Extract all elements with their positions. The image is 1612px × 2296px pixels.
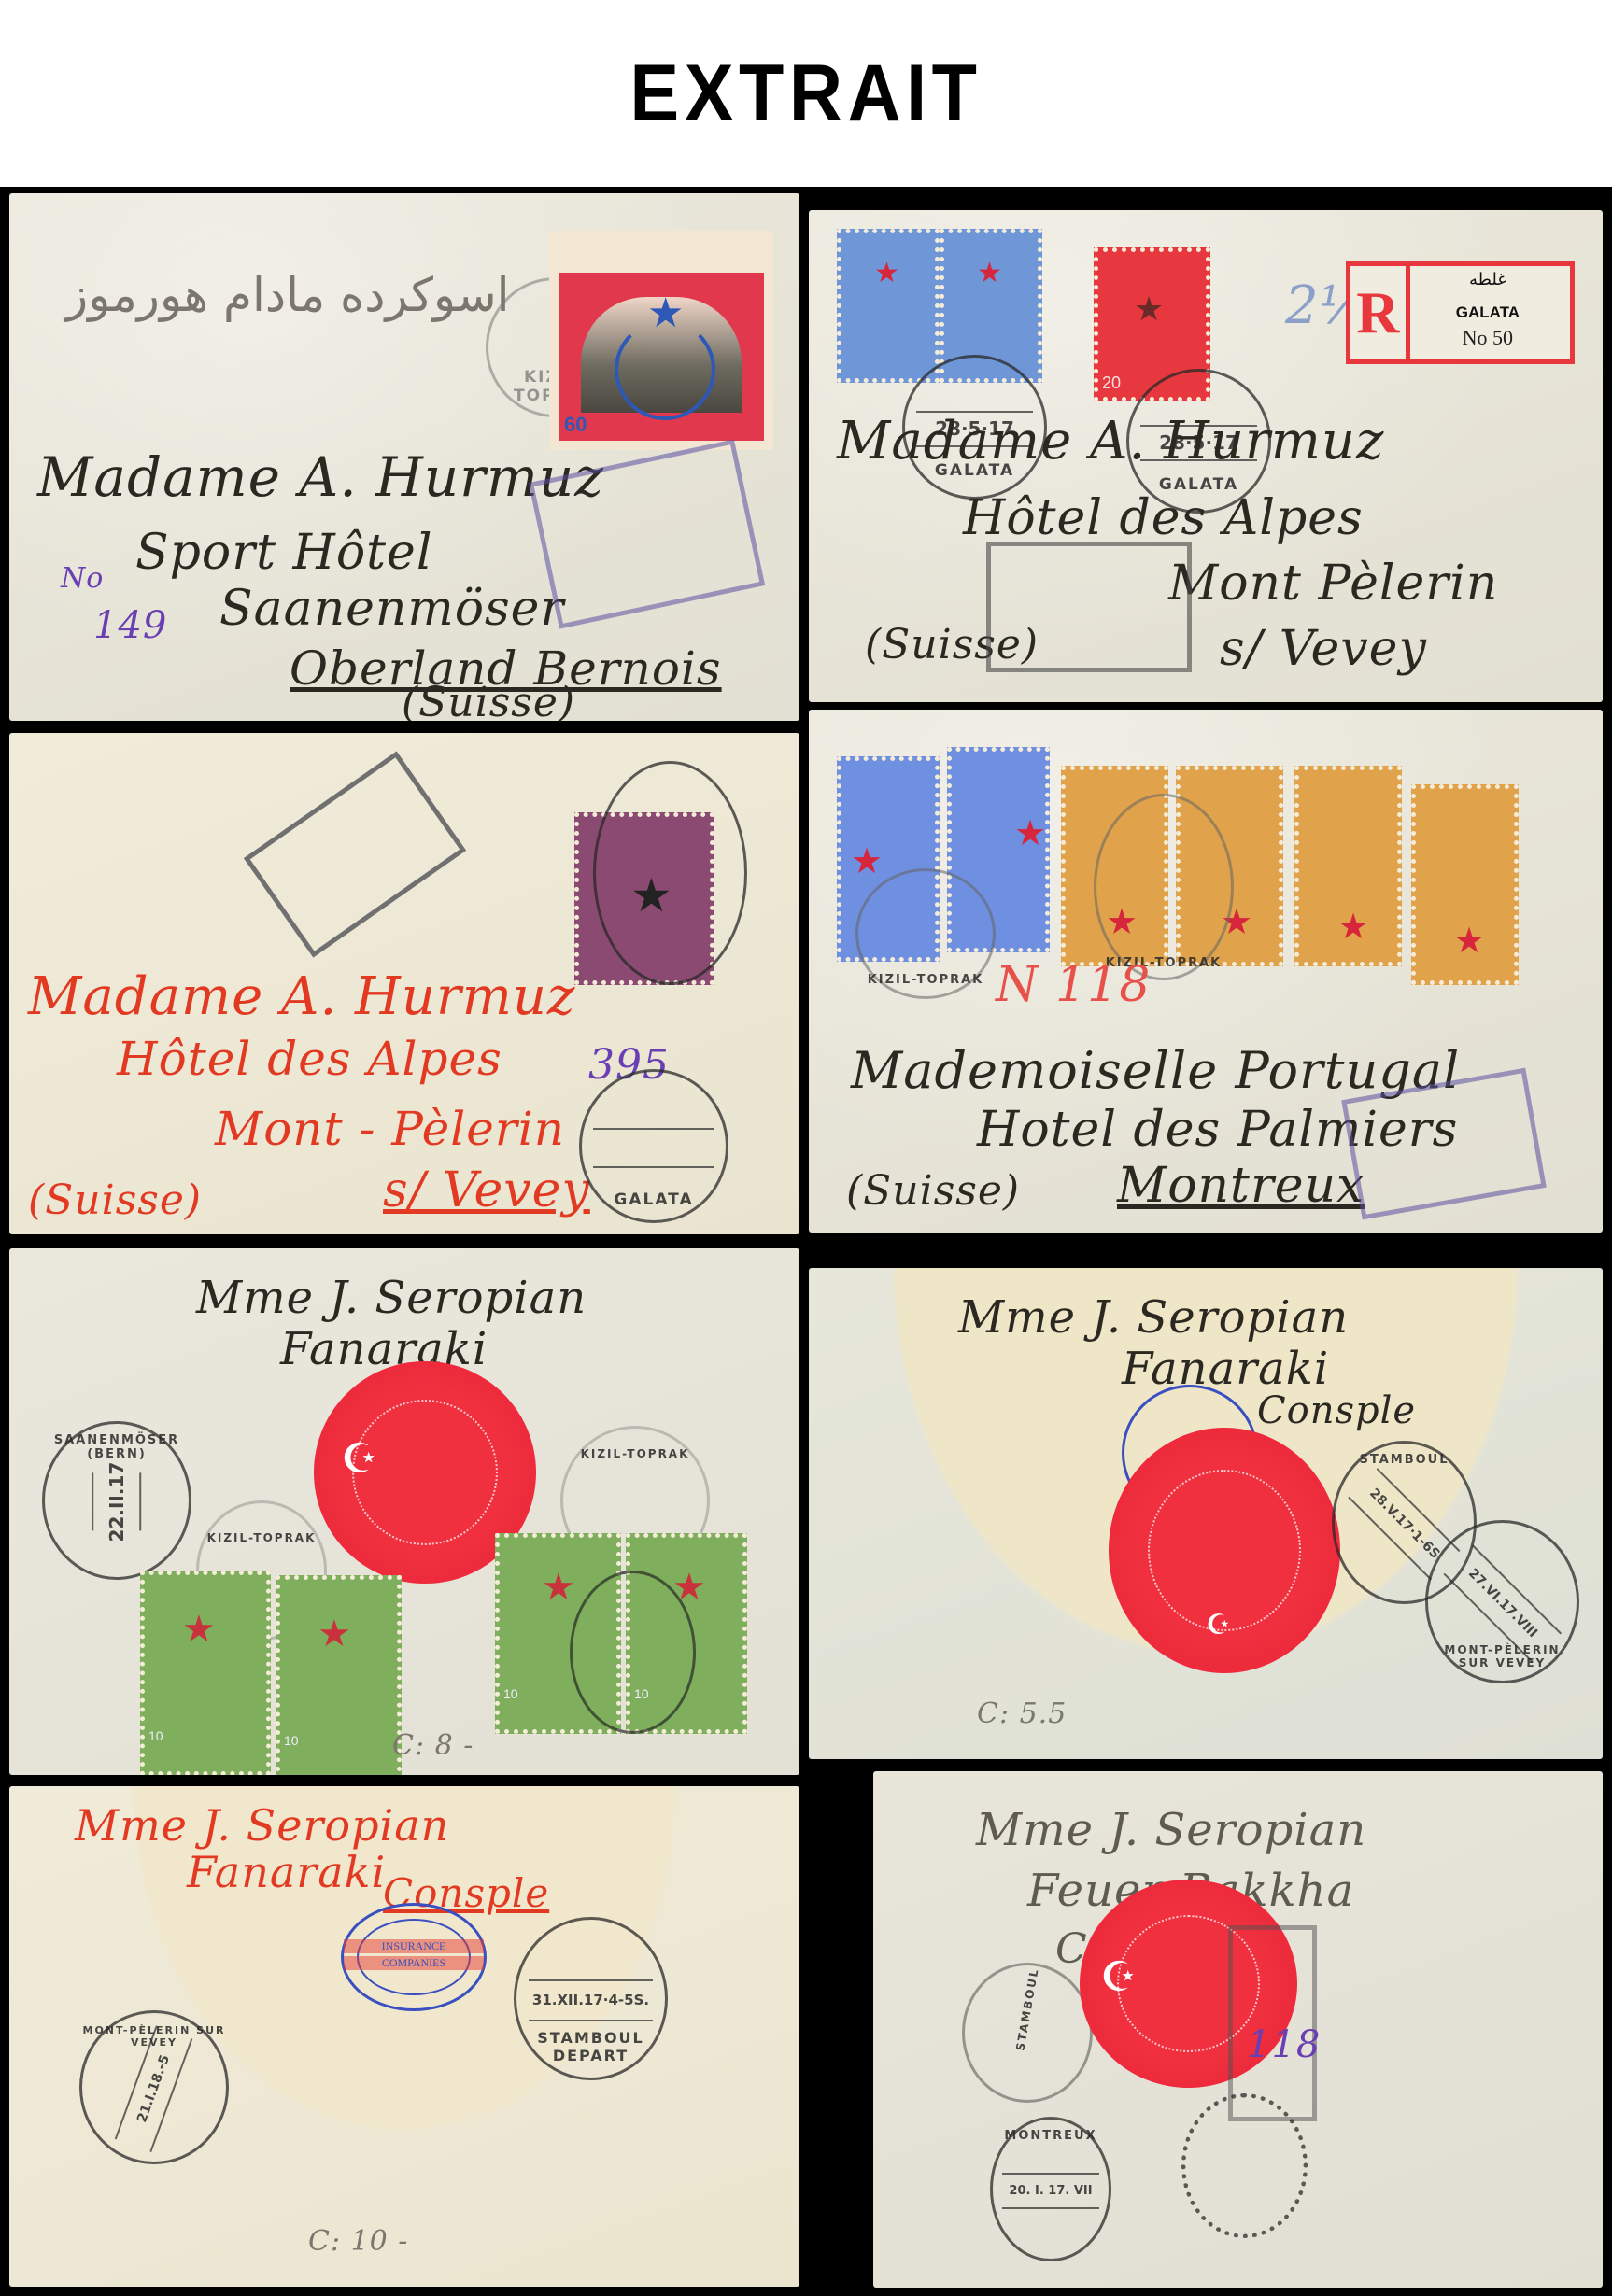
address-line-3: Mont Pèlerin <box>1168 556 1498 612</box>
address-line-1: Madame A. Hurmuz <box>837 411 1384 472</box>
cover-7[interactable]: Mme J. Seropian Fanaraki Consple INSURAN… <box>9 1786 799 2287</box>
reg-note: N 118 <box>996 957 1151 1013</box>
sender-line-1: Mme J. Seropian <box>75 1800 449 1851</box>
reg-note-number: 149 <box>93 604 167 647</box>
address-line-1: Madame A. Hurmuz <box>37 445 604 509</box>
address-line-5: (Suisse) <box>28 1176 202 1224</box>
pencil-note: C: 10 - <box>308 2225 408 2258</box>
stamp-blue-1 <box>837 229 940 383</box>
sender-line-1: Mme J. Seropian <box>196 1272 587 1324</box>
address-line-2: Hôtel des Alpes <box>963 490 1364 546</box>
boxed-cancel <box>244 751 466 957</box>
sender-line-2: Fanaraki <box>280 1323 488 1375</box>
stamp-green-1: ★ 10 <box>140 1571 271 1775</box>
address-line-2: Hôtel des Alpes <box>117 1032 502 1086</box>
address-line-5: (Suisse) <box>402 679 575 721</box>
stamp-monument: ★ 60 <box>549 231 773 450</box>
sender-line-2: Fanaraki <box>1122 1343 1329 1395</box>
address-line-3: Saanenmöser <box>219 581 564 637</box>
address-line-1: Mademoiselle Portugal <box>851 1041 1460 1100</box>
address-line-3: Montreux <box>1117 1158 1365 1214</box>
sender-line-1: Mme J. Seropian <box>976 1804 1366 1856</box>
cover-2[interactable]: ★ ★ 20 ★ 28·5·17 GALATA 28·5·17 GALATA 2… <box>809 210 1603 702</box>
black-cancel <box>570 1571 696 1734</box>
page-title: EXTRAIT <box>629 48 982 140</box>
stamp-green-2: ★ 10 <box>276 1575 402 1775</box>
sender-line-3: Consple <box>1257 1389 1416 1432</box>
cover-4[interactable]: ★ ★ ★ ★ ★ ★ KIZIL-TOPRAK KIZIL-TOPRAK N … <box>809 710 1603 1233</box>
page-header: EXTRAIT <box>0 0 1612 187</box>
galata-cancel-top <box>593 761 747 985</box>
sender-line-1: Mme J. Seropian <box>958 1291 1349 1344</box>
cover-3[interactable]: ★ Madame A. Hurmuz Hôtel des Alpes Mont … <box>9 733 799 1234</box>
montreux-cancel: 20. I. 17. VII MONTREUX <box>990 2117 1111 2261</box>
arabic-pencil-note: اسوكرده مادام هورموز <box>65 268 510 322</box>
kizil-toprak-cancel-1: KIZIL-TOPRAK <box>855 868 996 999</box>
pencil-note: C: 8 - <box>392 1729 474 1762</box>
smudged-cancel <box>1181 2093 1308 2238</box>
boxed-arabic-cancel <box>986 542 1192 672</box>
cover-6[interactable]: Mme J. Seropian Fanaraki Consple ☪ 28.V.… <box>809 1268 1603 1759</box>
reg-note-label: No <box>61 562 104 595</box>
pencil-note: C: 5.5 <box>977 1697 1067 1730</box>
address-line-4: s/ Vevey <box>1220 621 1427 677</box>
address-line-4: s/ Vevey <box>383 1162 590 1218</box>
cover-5[interactable]: Mme J. Seropian Fanaraki ☪ 22.II.17 SAAN… <box>9 1248 799 1775</box>
address-line-2: Sport Hôtel <box>135 525 432 581</box>
stamboul-cancel: STAMBOUL <box>962 1963 1093 2103</box>
sender-line-2: Fanaraki <box>187 1847 386 1897</box>
cover-1[interactable]: اسوكرده مادام هورموز KIZIL-TOPRAK ★ 60 M… <box>9 193 799 721</box>
insurance-company-cachet: INSURANCE COMPANIES <box>341 1903 487 2011</box>
red-seal: ☪ <box>1112 1431 1336 1669</box>
mont-pelerin-cancel: 27.VI.17.VIII MONT-PÈLERIN SUR VEVEY <box>1425 1520 1579 1683</box>
galata-cancel-bottom: GALATA <box>579 1069 728 1223</box>
cover-8[interactable]: Mme J. Seropian Feuer Bakkha C... STAMBO… <box>873 1771 1603 2288</box>
stamboul-depart-cancel: 31.XII.17·4-5S. STAMBOUL DEPART <box>514 1917 668 2080</box>
address-line-1: Madame A. Hurmuz <box>28 966 575 1027</box>
reg-number: 118 <box>1247 2023 1321 2066</box>
address-line-3: Mont - Pèlerin <box>215 1102 565 1156</box>
saanenmoser-cancel: 22.II.17 SAANENMÖSER (BERN) <box>42 1421 191 1580</box>
kizil-toprak-cancel-2: KIZIL-TOPRAK <box>1094 794 1234 980</box>
overprint-star-2: ★ <box>977 257 1002 289</box>
address-line-4: (Suisse) <box>846 1167 1020 1215</box>
mont-pelerin-cancel: 21.I.18.-5 MONT-PÈLERIN SUR VEVEY <box>79 2010 229 2164</box>
overprint-star-1: ★ <box>874 257 899 289</box>
registration-label: R غلطه GALATA No 50 <box>1346 261 1575 364</box>
